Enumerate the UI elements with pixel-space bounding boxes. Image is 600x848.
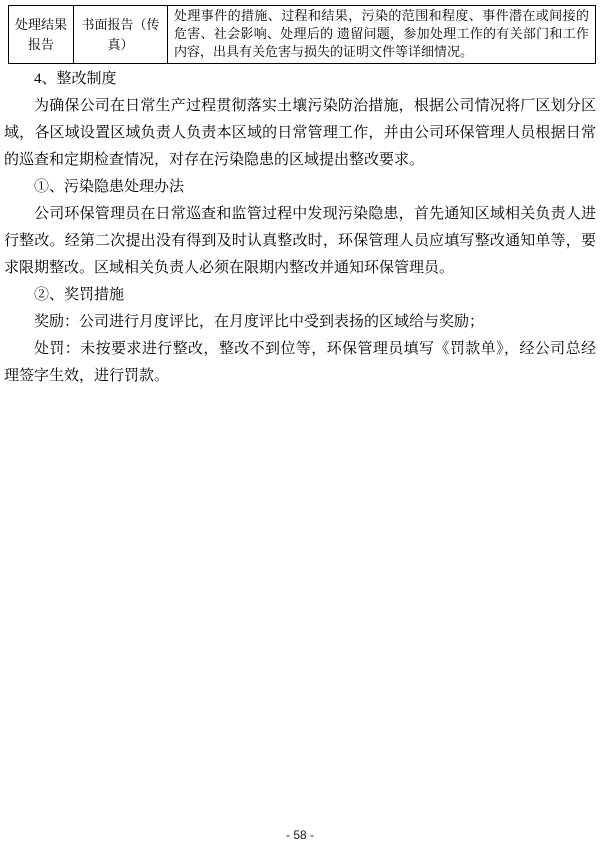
page-number: - 58 - xyxy=(286,828,314,842)
document-page: 处理结果报告 书面报告（传真） 处理事件的措施、过程和结果，污染的范围和程度、事… xyxy=(0,5,600,848)
table-row: 处理结果报告 书面报告（传真） 处理事件的措施、过程和结果，污染的范围和程度、事… xyxy=(9,6,596,64)
table-cell-report-method: 书面报告（传真） xyxy=(74,6,168,64)
paragraph-rectification-intro: 为确保公司在日常生产过程贯彻落实土壤污染防治措施，根据公司情况将厂区划分区域，各… xyxy=(4,93,596,174)
table-cell-report-type: 处理结果报告 xyxy=(9,6,74,64)
paragraph-pollution-handling: 公司环保管理员在日常巡查和监管过程中发现污染隐患，首先通知区域相关负责人进行整改… xyxy=(4,201,596,282)
paragraph-reward: 奖励：公司进行月度评比，在月度评比中受到表扬的区域给与奖励； xyxy=(4,309,596,336)
subsection-heading-pollution-handling: ①、污染隐患处理办法 xyxy=(4,174,596,201)
section-heading-rectification: 4、整改制度 xyxy=(4,66,596,93)
subsection-heading-reward-penalty: ②、奖罚措施 xyxy=(4,282,596,309)
table-cell-report-detail: 处理事件的措施、过程和结果，污染的范围和程度、事件潜在或间接的危害、社会影响、处… xyxy=(168,6,596,64)
paragraph-penalty: 处罚：未按要求进行整改，整改不到位等，环保管理员填写《罚款单》，经公司总经理签字… xyxy=(4,336,596,390)
report-result-table: 处理结果报告 书面报告（传真） 处理事件的措施、过程和结果，污染的范围和程度、事… xyxy=(8,5,596,64)
page-footer: - 58 - xyxy=(0,828,600,842)
document-body: 4、整改制度 为确保公司在日常生产过程贯彻落实土壤污染防治措施，根据公司情况将厂… xyxy=(4,66,596,390)
